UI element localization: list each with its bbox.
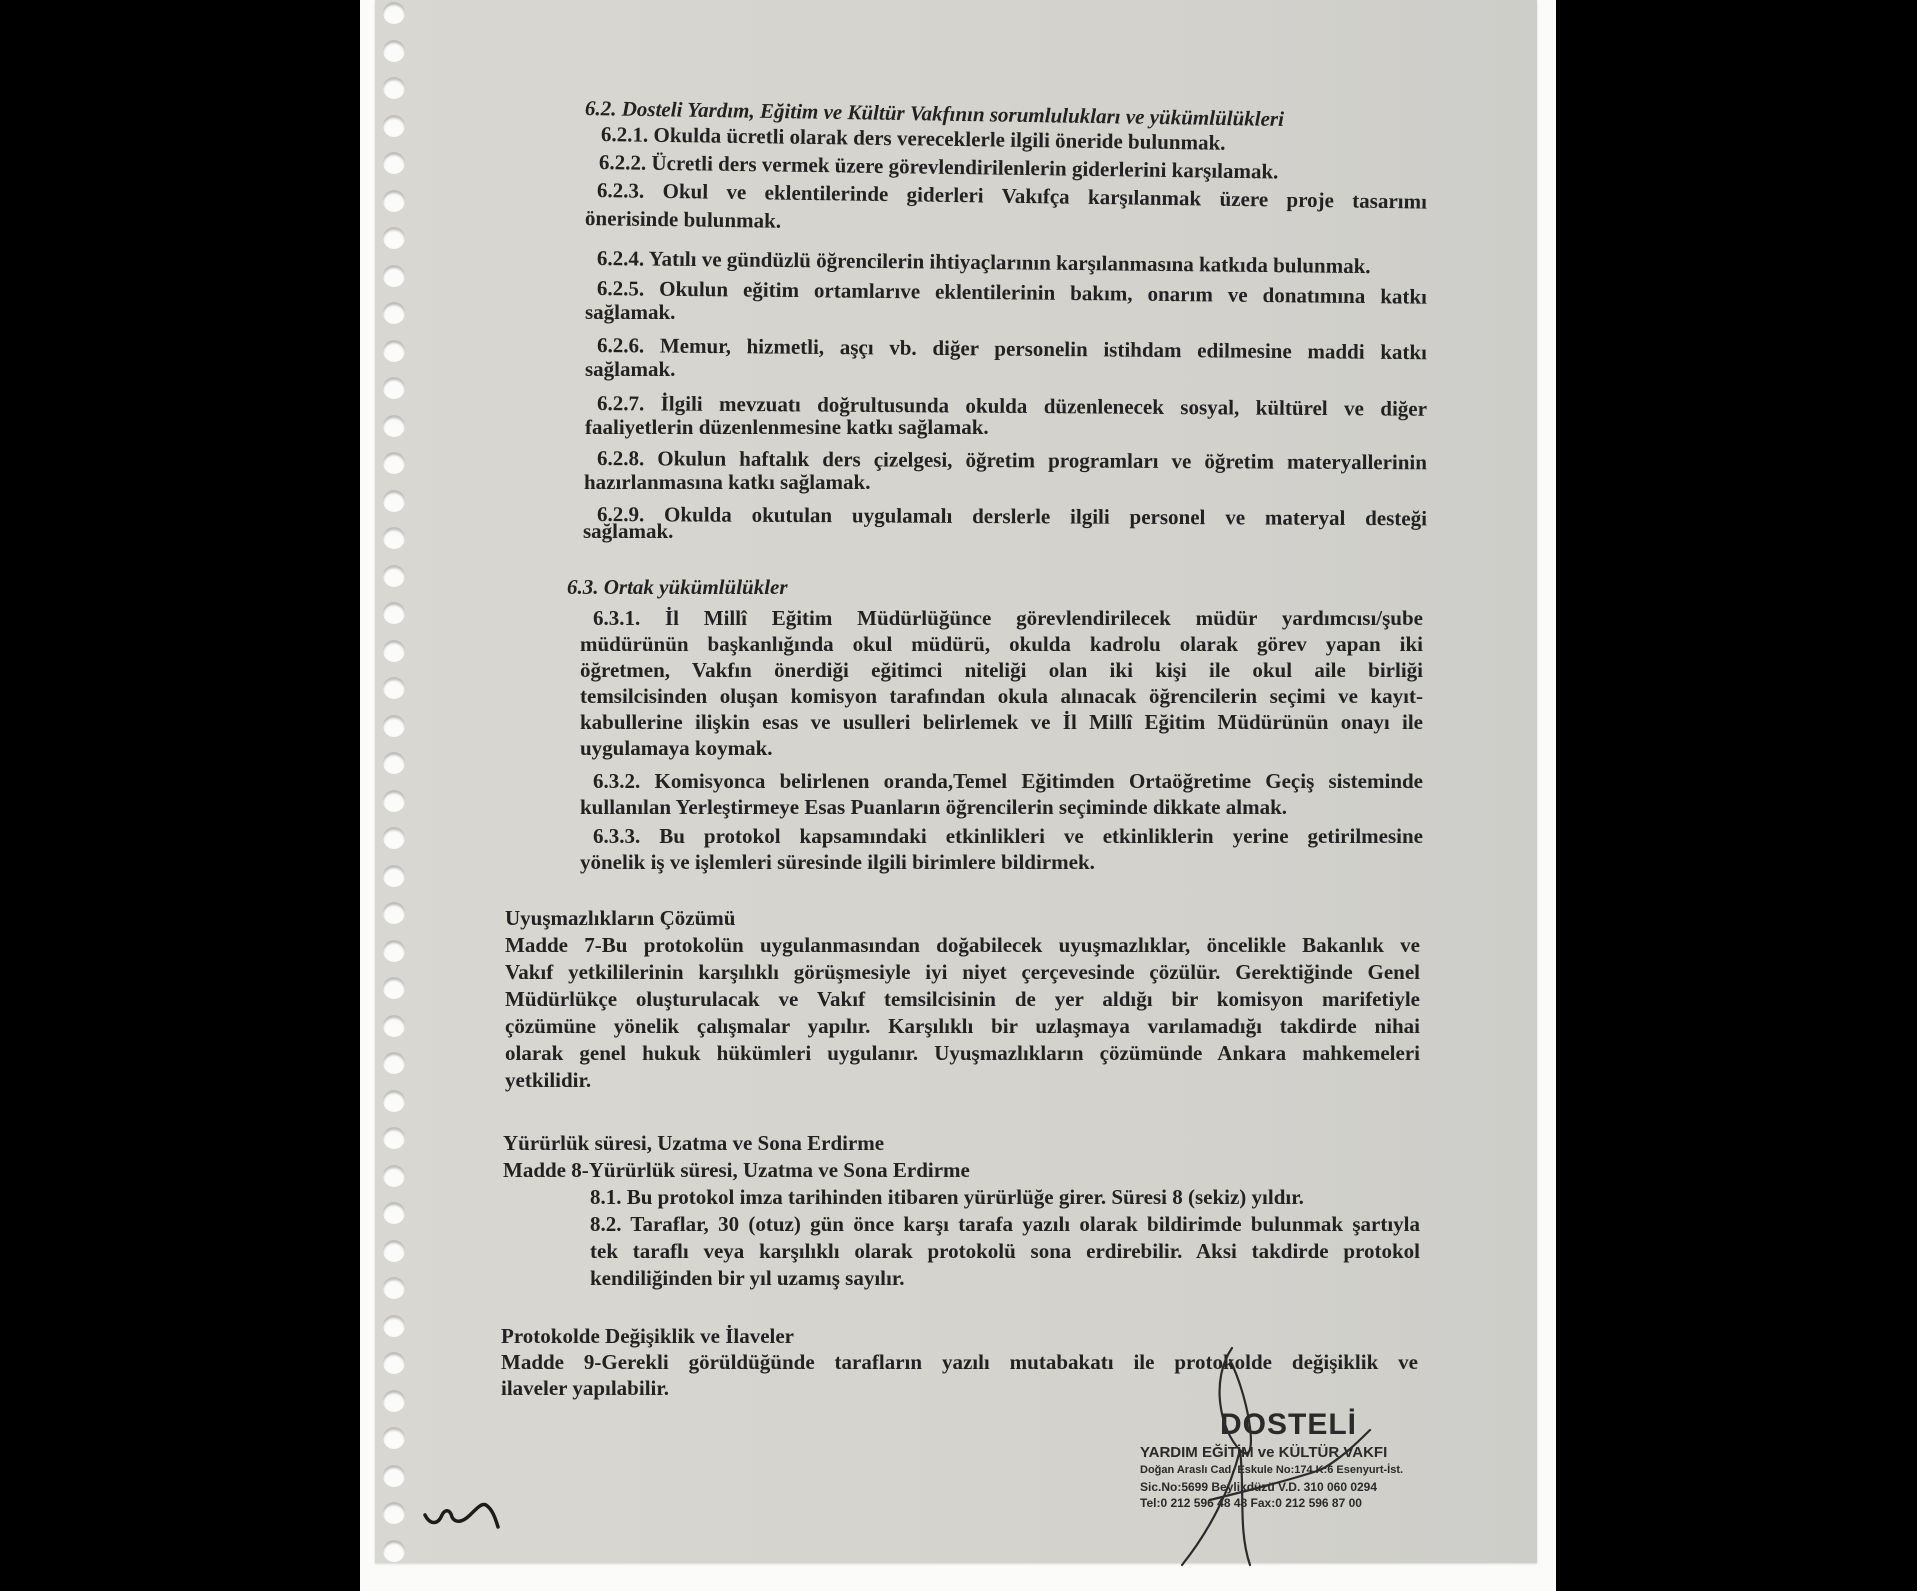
- item-6-3-1-line-5: kabullerine ilişkin esas ve usulleri bel…: [580, 710, 1423, 734]
- article-7-line-5: olarak genel hukuk hükümleri uygulanır. …: [505, 1041, 1420, 1065]
- stamp-name: DOSTELİ: [1220, 1408, 1357, 1442]
- item-6-2-5-line-2: sağlamak.: [585, 300, 675, 324]
- item-6-3-3-line-1: 6.3.3. Bu protokol kapsamındaki etkinlik…: [593, 824, 1423, 848]
- article-7-line-4: çözümüne yönelik çalışmalar yapılır. Kar…: [505, 1014, 1420, 1038]
- item-6-2-6-line-1: 6.2.6. Memur, hizmetli, aşçı vb. diğer p…: [597, 333, 1427, 364]
- section-heading-6-3: 6.3. Ortak yükümlülükler: [567, 575, 788, 599]
- initials-icon: [420, 1495, 510, 1540]
- item-6-2-7-line-2: faaliyetlerin düzenlenmesine katkı sağla…: [585, 415, 989, 439]
- article-7-line-1: Madde 7-Bu protokolün uygulanmasından do…: [505, 933, 1420, 957]
- stamp-phone: Tel:0 212 596 48 48 Fax:0 212 596 87 00: [1140, 1496, 1362, 1510]
- item-6-2-3-line-2: önerisinde bulunmak.: [585, 206, 781, 233]
- item-8-1: 8.1. Bu protokol imza tarihinden itibare…: [590, 1185, 1304, 1209]
- item-6-2-6-line-2: sağlamak.: [585, 357, 675, 381]
- article-7-heading: Uyuşmazlıkların Çözümü: [505, 906, 735, 930]
- item-6-3-2-line-2: kullanılan Yerleştirmeye Esas Puanların …: [580, 795, 1287, 819]
- item-6-3-1-line-3: öğretmen, Vakfın önerdiği eğitimci nitel…: [580, 658, 1423, 682]
- item-6-2-9-line-2: sağlamak.: [583, 519, 673, 543]
- item-6-2-8-line-2: hazırlanmasına katkı sağlamak.: [584, 470, 870, 494]
- article-9-heading: Protokolde Değişiklik ve İlaveler: [501, 1324, 794, 1348]
- article-7-line-2: Vakıf yetkililerinin karşılıklı görüşmes…: [505, 960, 1420, 984]
- item-6-2-9-line-1: 6.2.9. Okulda okutulan uygulamalı dersle…: [597, 502, 1427, 530]
- item-6-3-3-line-2: yönelik iş ve işlemleri süresinde ilgili…: [580, 850, 1095, 874]
- item-8-2-line-3: kendiliğinden bir yıl uzamış sayılır.: [590, 1266, 905, 1290]
- article-9-line-2: ilaveler yapılabilir.: [501, 1376, 669, 1400]
- article-7-line-3: Müdürlükçe oluşturulacak ve Vakıf temsil…: [505, 987, 1420, 1011]
- document-content: 6.2. Dosteli Yardım, Eğitim ve Kültür Va…: [0, 0, 1917, 1591]
- stamp-registry: Sic.No:5699 Beylikdüzü V.D. 310 060 0294: [1140, 1480, 1377, 1494]
- foundation-stamp: DOSTELİ YARDIM EĞİTİM ve KÜLTÜR VAKFI Do…: [1140, 1408, 1430, 1548]
- article-8-heading: Yürürlük süresi, Uzatma ve Sona Erdirme: [503, 1131, 884, 1155]
- item-6-3-1-line-1: 6.3.1. İl Millî Eğitim Müdürlüğünce göre…: [593, 606, 1423, 630]
- article-9-line-1: Madde 9-Gerekli görüldüğünde tarafların …: [501, 1350, 1418, 1374]
- article-7-line-6: yetkilidir.: [505, 1068, 591, 1092]
- stamp-org: YARDIM EĞİTİM ve KÜLTÜR VAKFI: [1140, 1444, 1387, 1461]
- article-8-subheading: Madde 8-Yürürlük süresi, Uzatma ve Sona …: [503, 1158, 970, 1182]
- item-6-3-1-line-6: uygulamaya koymak.: [580, 736, 773, 760]
- item-6-3-2-line-1: 6.3.2. Komisyonca belirlenen oranda,Teme…: [593, 769, 1423, 793]
- item-6-3-1-line-4: temsilcisinden oluşan komisyon tarafında…: [580, 684, 1423, 708]
- item-6-2-4: 6.2.4. Yatılı ve gündüzlü öğrencilerin i…: [597, 246, 1371, 278]
- item-8-2-line-1: 8.2. Taraflar, 30 (otuz) gün önce karşı …: [590, 1212, 1420, 1236]
- item-6-3-1-line-2: müdürünün başkanlığında okul müdürü, oku…: [580, 632, 1423, 656]
- item-8-2-line-2: tek taraflı veya karşılıklı olarak proto…: [590, 1239, 1420, 1263]
- stamp-address: Doğan Araslı Cad. Eskule No:174 K:6 Esen…: [1140, 1464, 1403, 1476]
- item-6-2-5-line-1: 6.2.5. Okulun eğitim ortamlarıve eklenti…: [597, 276, 1427, 309]
